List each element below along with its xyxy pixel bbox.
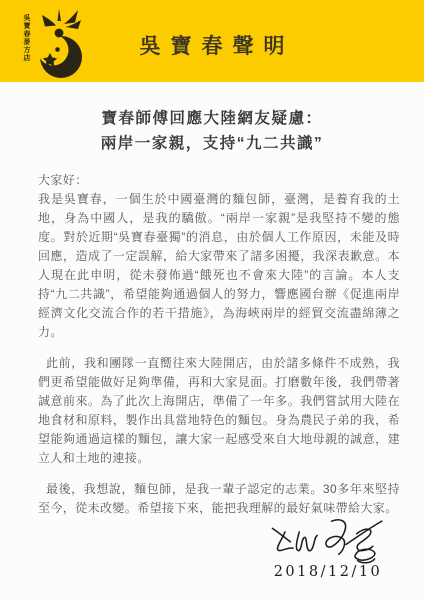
header-banner: 吳寶春麥方店 <box>0 0 424 82</box>
statement-document: 吳寶春麥方店 <box>0 0 424 600</box>
statement-paragraph-1: 我是吳寶春，一個生於中國臺灣的麵包師，臺灣，是養育我的土地，身為中國人，是我的驕… <box>38 190 400 342</box>
statement-body: 大家好： 我是吳寶春，一個生於中國臺灣的麵包師，臺灣，是養育我的土地，身為中國人… <box>38 171 400 518</box>
statement-subtitle: 寶春師傅回應大陸網友疑慮： 兩岸一家親，支持“九二共識” <box>0 106 424 156</box>
brand-logo-icon <box>34 8 86 80</box>
signature-image <box>262 514 394 566</box>
statement-date: 2018/12/10 <box>258 564 398 580</box>
greeting: 大家好： <box>38 171 400 190</box>
signature-block: 2018/12/10 <box>258 514 398 580</box>
subtitle-line-2: 兩岸一家親，支持“九二共識” <box>0 131 424 156</box>
statement-paragraph-3: 最後，我想說，麵包師，是我一輩子認定的志業。30多年來堅持至今，從未改變。希望接… <box>38 480 400 518</box>
subtitle-line-1: 寶春師傅回應大陸網友疑慮： <box>0 106 424 131</box>
brand-logo: 吳寶春麥方店 <box>18 6 88 78</box>
brand-vertical-text: 吳寶春麥方店 <box>22 14 30 62</box>
statement-paragraph-2: 此前，我和團隊一直嚮往來大陸開店，由於諸多條件不成熟，我們更希望能做好足夠準備，… <box>38 354 400 468</box>
